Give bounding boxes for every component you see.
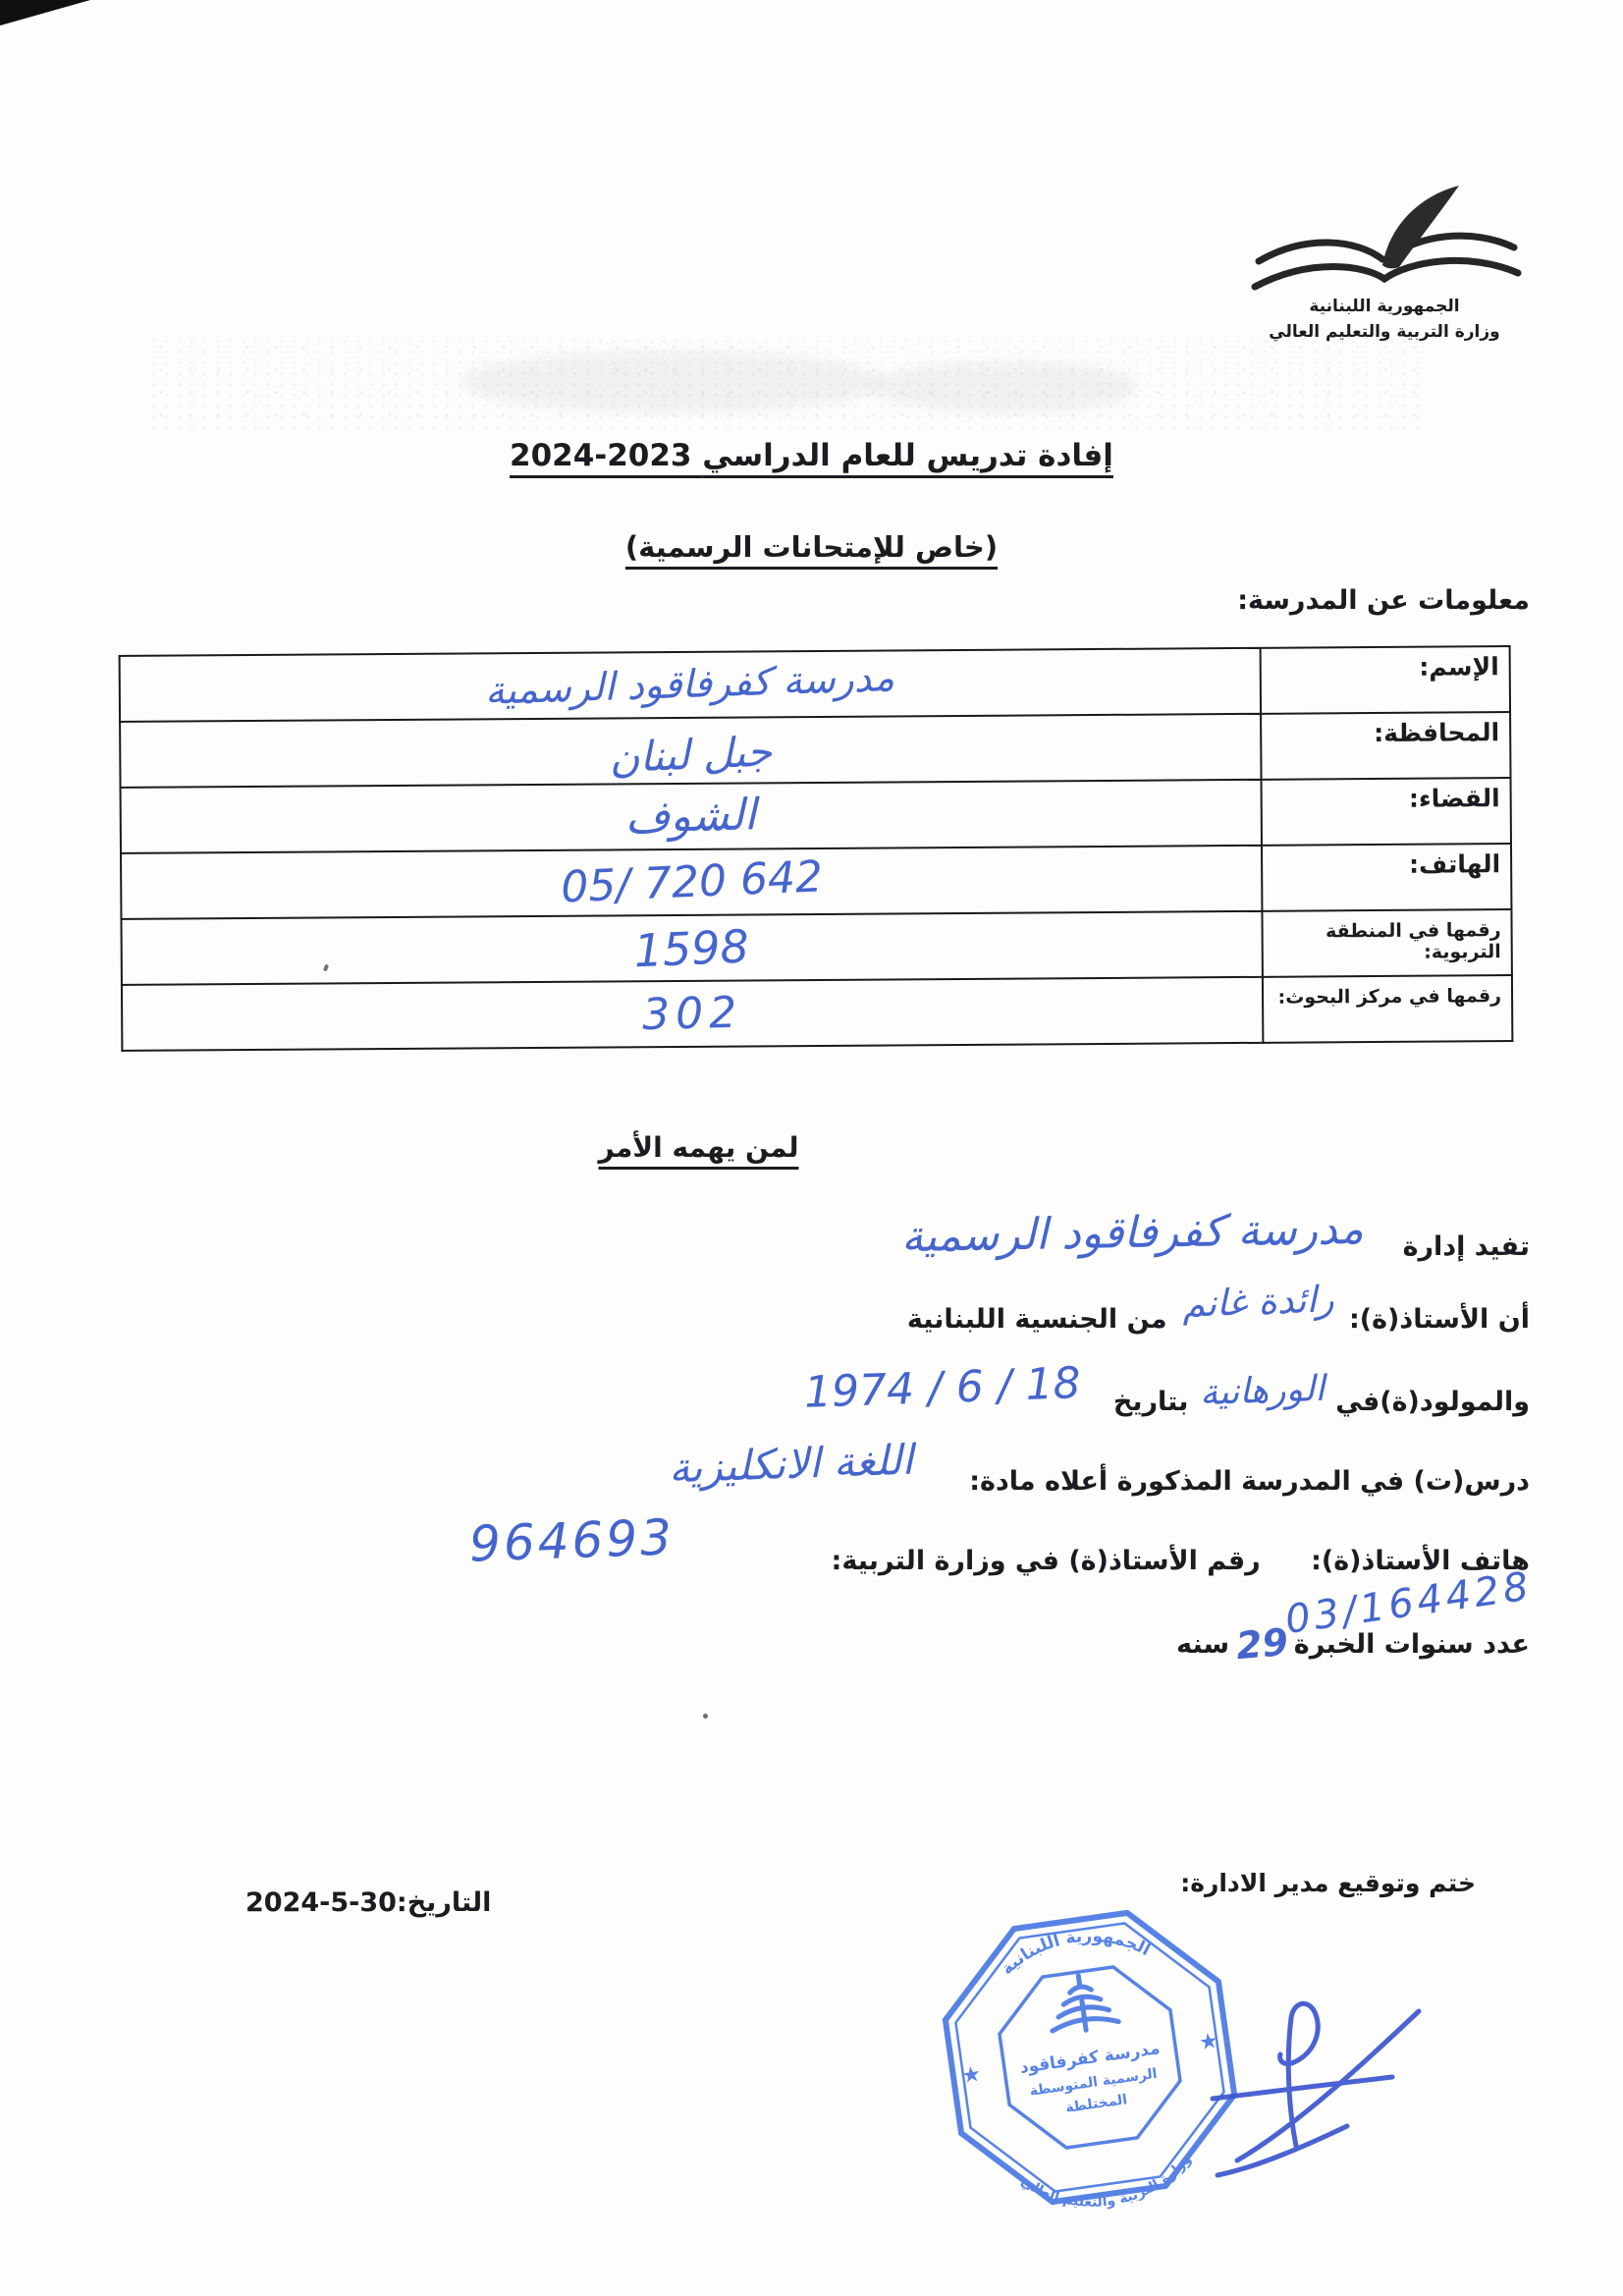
school-info-table: الإسم: مدرسة كفرفاقود الرسمية المحافظة: … — [119, 645, 1514, 1052]
hand-birth-place: الورهانية — [1199, 1369, 1325, 1413]
document-title-year: 2024-2023 — [510, 438, 691, 473]
printed-teacher-label: أن الأستاذ(ة): — [1349, 1304, 1530, 1335]
printed-years-word: سنه — [1176, 1629, 1229, 1660]
date-label: التاريخ: — [397, 1887, 492, 1918]
printed-born-in-label: والمولود(ة)في — [1335, 1387, 1530, 1417]
row-value-research-center-number: 302 — [122, 977, 1263, 1051]
printed-administration-label: تفيد إدارة — [1403, 1231, 1530, 1262]
row-label-edu-zone-number: رقمها في المنطقة التربوية: — [1262, 909, 1511, 977]
body-line-numbers: هاتف الأستاذ(ة): رقم الأستاذ(ة) في وزارة… — [469, 1524, 1530, 1581]
table-row: الهاتف: 05/ 720 642 — [121, 844, 1511, 919]
ministry-logo: الجمهورية اللبنانية وزارة التربية والتعل… — [1233, 179, 1536, 345]
printed-nationality-text: من الجنسية اللبنانية — [907, 1304, 1167, 1335]
printed-taught-subject-label: درس(ت) في المدرسة المذكورة أعلاه مادة: — [969, 1466, 1530, 1497]
star-icon: ★ — [960, 2062, 983, 2090]
printed-ministry-number-label: رقم الأستاذ(ة) في وزارة التربية: — [832, 1546, 1261, 1576]
cedar-tree-icon — [1046, 1971, 1119, 2035]
scan-speck — [703, 1714, 708, 1719]
hand-subject: اللغة الانكليزية — [668, 1436, 914, 1493]
hand-experience-years: 29 — [1234, 1620, 1290, 1667]
row-label-phone: الهاتف: — [1262, 844, 1511, 911]
official-stamp-area: الجمهورية اللبنانية وزارة التربية والتعل… — [923, 1851, 1453, 2288]
scanned-document-page: { "header": { "republic": "الجمهورية الل… — [0, 0, 1623, 2296]
hand-ministry-number: 964693 — [468, 1508, 676, 1572]
date-line: التاريخ:2024-5-30 — [245, 1887, 491, 1918]
feather-icon — [1382, 186, 1459, 268]
hand-teacher-name: رائدة غانم — [1181, 1278, 1334, 1325]
school-info-heading: معلومات عن المدرسة: — [1237, 585, 1530, 616]
row-value-edu-zone-number: 1598 — [121, 911, 1262, 985]
director-signature — [1213, 2003, 1419, 2175]
scan-smudge — [874, 361, 1139, 412]
stamp-center-line3: المختلطة — [1064, 2092, 1128, 2116]
document-subtitle: (خاص للإمتحانات الرسمية) — [0, 530, 1623, 564]
table-row: الإسم: مدرسة كفرفاقود الرسمية — [120, 646, 1510, 722]
header-republic-text: الجمهورية اللبنانية — [1233, 295, 1536, 320]
to-whom-heading: لمن يهمه الأمر — [0, 1131, 1397, 1164]
body-line-teacher-name: أن الأستاذ(ة): رائدة غانم من الجنسية الل… — [907, 1294, 1530, 1337]
body-line-subject: درس(ت) في المدرسة المذكورة أعلاه مادة: ا… — [669, 1451, 1530, 1500]
document-title: إفادة تدريس للعام الدراسي 2024-2023 — [0, 438, 1623, 473]
scan-corner-artifact — [0, 0, 90, 26]
row-label-governorate: المحافظة: — [1261, 712, 1510, 780]
hand-school-name: مدرسة كفرفاقود الرسمية — [901, 1204, 1365, 1262]
printed-on-date-label: بتاريخ — [1113, 1387, 1188, 1417]
table-row: المحافظة: جبل لبنان — [120, 712, 1510, 788]
body-line-birth: والمولود(ة)في الورهانية بتاريخ 1974 / 6 … — [804, 1371, 1530, 1421]
star-icon: ★ — [1198, 2029, 1220, 2056]
table-row: القضاء: الشوف — [121, 778, 1511, 853]
table-row: رقمها في المنطقة التربوية: 1598 — [121, 909, 1511, 985]
row-label-district: القضاء: — [1262, 778, 1511, 846]
hand-birth-date: 1974 / 6 / 18 — [803, 1358, 1081, 1418]
printed-experience-label: عدد سنوات الخبرة — [1294, 1629, 1530, 1660]
row-value-district: الشوف — [121, 780, 1262, 853]
body-line-experience: عدد سنوات الخبرة 29 سنه — [1176, 1618, 1530, 1662]
row-value-name: مدرسة كفرفاقود الرسمية — [120, 648, 1261, 722]
row-value-governorate: جبل لبنان — [120, 714, 1261, 788]
row-label-research-center-number: رقمها في مركز البحوث: — [1263, 975, 1512, 1043]
date-value: 2024-5-30 — [245, 1887, 397, 1918]
open-book-feather-icon — [1237, 179, 1532, 295]
row-label-name: الإسم: — [1261, 646, 1510, 714]
row-value-phone: 05/ 720 642 — [121, 846, 1262, 919]
scan-smudge — [461, 352, 884, 412]
school-stamp-icon: الجمهورية اللبنانية وزارة التربية والتعل… — [923, 1851, 1453, 2288]
table-row: رقمها في مركز البحوث: 302 — [122, 975, 1512, 1051]
body-line-administration: تفيد إدارة مدرسة كفرفاقود الرسمية — [901, 1216, 1530, 1266]
document-title-text: إفادة تدريس للعام الدراسي — [702, 438, 1113, 473]
